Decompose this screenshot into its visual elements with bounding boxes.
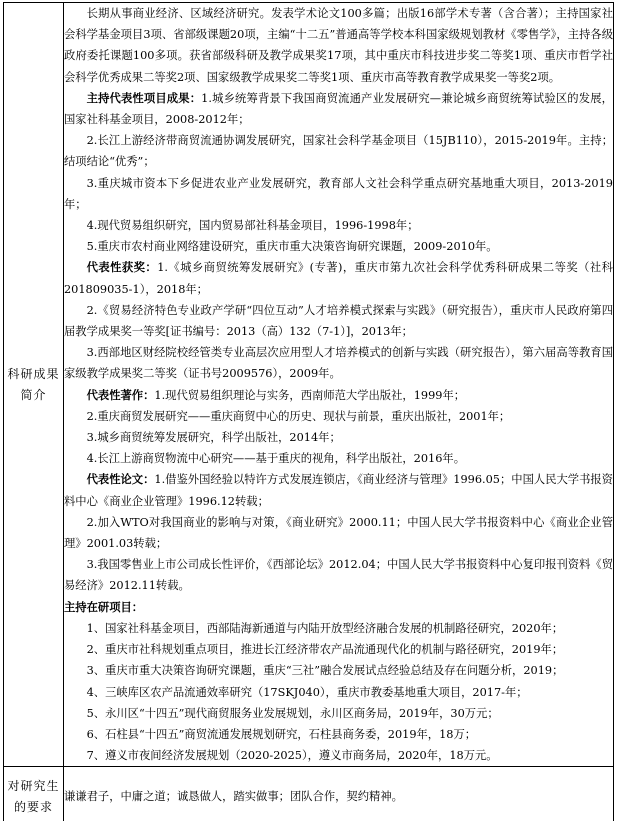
profile-table: 科研成果 简介 长期从事商业经济、区域经济研究。发表学术论文100多篇；出版16… [3, 2, 614, 821]
award-item: 代表性获奖：1.《城乡商贸统筹发展研究》(专著)，重庆市第九次社会科学优秀科研成… [64, 257, 613, 299]
ongoing-item: 3、重庆市重大决策咨询研究课题，重庆“三社”融合发展试点经验总结及存在问题分析，… [64, 660, 613, 681]
ongoing-item: 6、石柱县“十四五”商贸流通发展规划研究，石柱县商务委，2019年，18万； [64, 724, 613, 745]
book-item: 2.重庆商贸发展研究——重庆商贸中心的历史、现状与前景，重庆出版社，2001年； [64, 406, 613, 427]
project-item: 4.现代贸易组织研究，国内贸易部社科基金项目，1996-1998年； [64, 215, 613, 236]
project-item: 3.重庆城市资本下乡促进农业产业发展研究，教育部人文社会科学重点研究基地重大项目… [64, 173, 613, 215]
ongoing-item: 7、遵义市夜间经济发展规划（2020-2025），遵义市商务局，2020年，18… [64, 745, 613, 766]
ongoing-item: 2、重庆市社科规划重点项目，推进长江经济带农产品流通现代化的机制与路径研究，20… [64, 639, 613, 660]
label-line: 对研究生 [4, 776, 63, 797]
book-item: 4.长江上游商贸物流中心研究——基于重庆的视角，科学出版社，2016年。 [64, 448, 613, 469]
project-item: 5.重庆市农村商业网络建设研究，重庆市重大决策咨询研究课题，2009-2010年… [64, 236, 613, 257]
paper-item: 3.我国零售业上市公司成长性评价，《西部论坛》2012.04；中国人民大学书报资… [64, 554, 613, 596]
research-achievements-row: 科研成果 简介 长期从事商业经济、区域经济研究。发表学术论文100多篇；出版16… [4, 3, 614, 767]
book-item: 代表性著作：1.现代贸易组织理论与实务，西南师范大学出版社，1999年； [64, 385, 613, 406]
graduate-requirements-content: 谦谦君子，中庸之道；诚恳做人，踏实做事；团队合作，契约精神。 [64, 767, 614, 821]
awards-heading: 代表性获奖： [87, 260, 158, 274]
award-item: 2.《贸易经济特色专业政产学研“四位互动”人才培养模式探索与实践》（研究报告），… [64, 300, 613, 342]
graduate-requirements-row: 对研究生 的要求 谦谦君子，中庸之道；诚恳做人，踏实做事；团队合作，契约精神。 [4, 767, 614, 821]
ongoing-item: 5、永川区“十四五”现代商贸服务业发展规划，永川区商务局，2019年，30万元； [64, 703, 613, 724]
summary-paragraph: 长期从事商业经济、区域经济研究。发表学术论文100多篇；出版16部学术专著（含合… [64, 3, 613, 88]
ongoing-item: 1、国家社科基金项目，西部陆海新通道与内陆开放型经济融合发展的机制路径研究，20… [64, 618, 613, 639]
paper-item: 代表性论文：1.借鉴外国经验以特许方式发展连锁店，《商业经济与管理》1996.0… [64, 469, 613, 511]
label-line: 简介 [4, 385, 63, 406]
research-achievements-content: 长期从事商业经济、区域经济研究。发表学术论文100多篇；出版16部学术专著（含合… [64, 3, 614, 767]
book-item: 3.城乡商贸统筹发展研究，科学出版社，2014年； [64, 427, 613, 448]
graduate-requirements-label: 对研究生 的要求 [4, 767, 64, 821]
label-line: 的要求 [4, 797, 63, 818]
books-heading: 代表性著作： [87, 388, 155, 402]
ongoing-projects-list: 1、国家社科基金项目，西部陆海新通道与内陆开放型经济融合发展的机制路径研究，20… [64, 618, 613, 766]
project-item: 主持代表性项目成果：1.城乡统筹背景下我国商贸流通产业发展研究—兼论城乡商贸统筹… [64, 88, 613, 130]
projects-heading: 主持代表性项目成果： [87, 91, 202, 105]
research-achievements-label: 科研成果 简介 [4, 3, 64, 767]
project-item: 2.长江上游经济带商贸流通协调发展研究，国家社会科学基金项目（15JB110），… [64, 130, 613, 172]
papers-heading: 代表性论文： [87, 472, 155, 486]
paper-item: 2.加入WTO对我国商业的影响与对策，《商业研究》2000.11；中国人民大学书… [64, 512, 613, 554]
label-line: 科研成果 [4, 364, 63, 385]
ongoing-heading: 主持在研项目： [64, 597, 613, 618]
ongoing-item: 4、三峡库区农产品流通效率研究（17SKJ040），重庆市教委基地重大项目，20… [64, 682, 613, 703]
award-item: 3.西部地区财经院校经管类专业高层次应用型人才培养模式的创新与实践（研究报告），… [64, 342, 613, 384]
